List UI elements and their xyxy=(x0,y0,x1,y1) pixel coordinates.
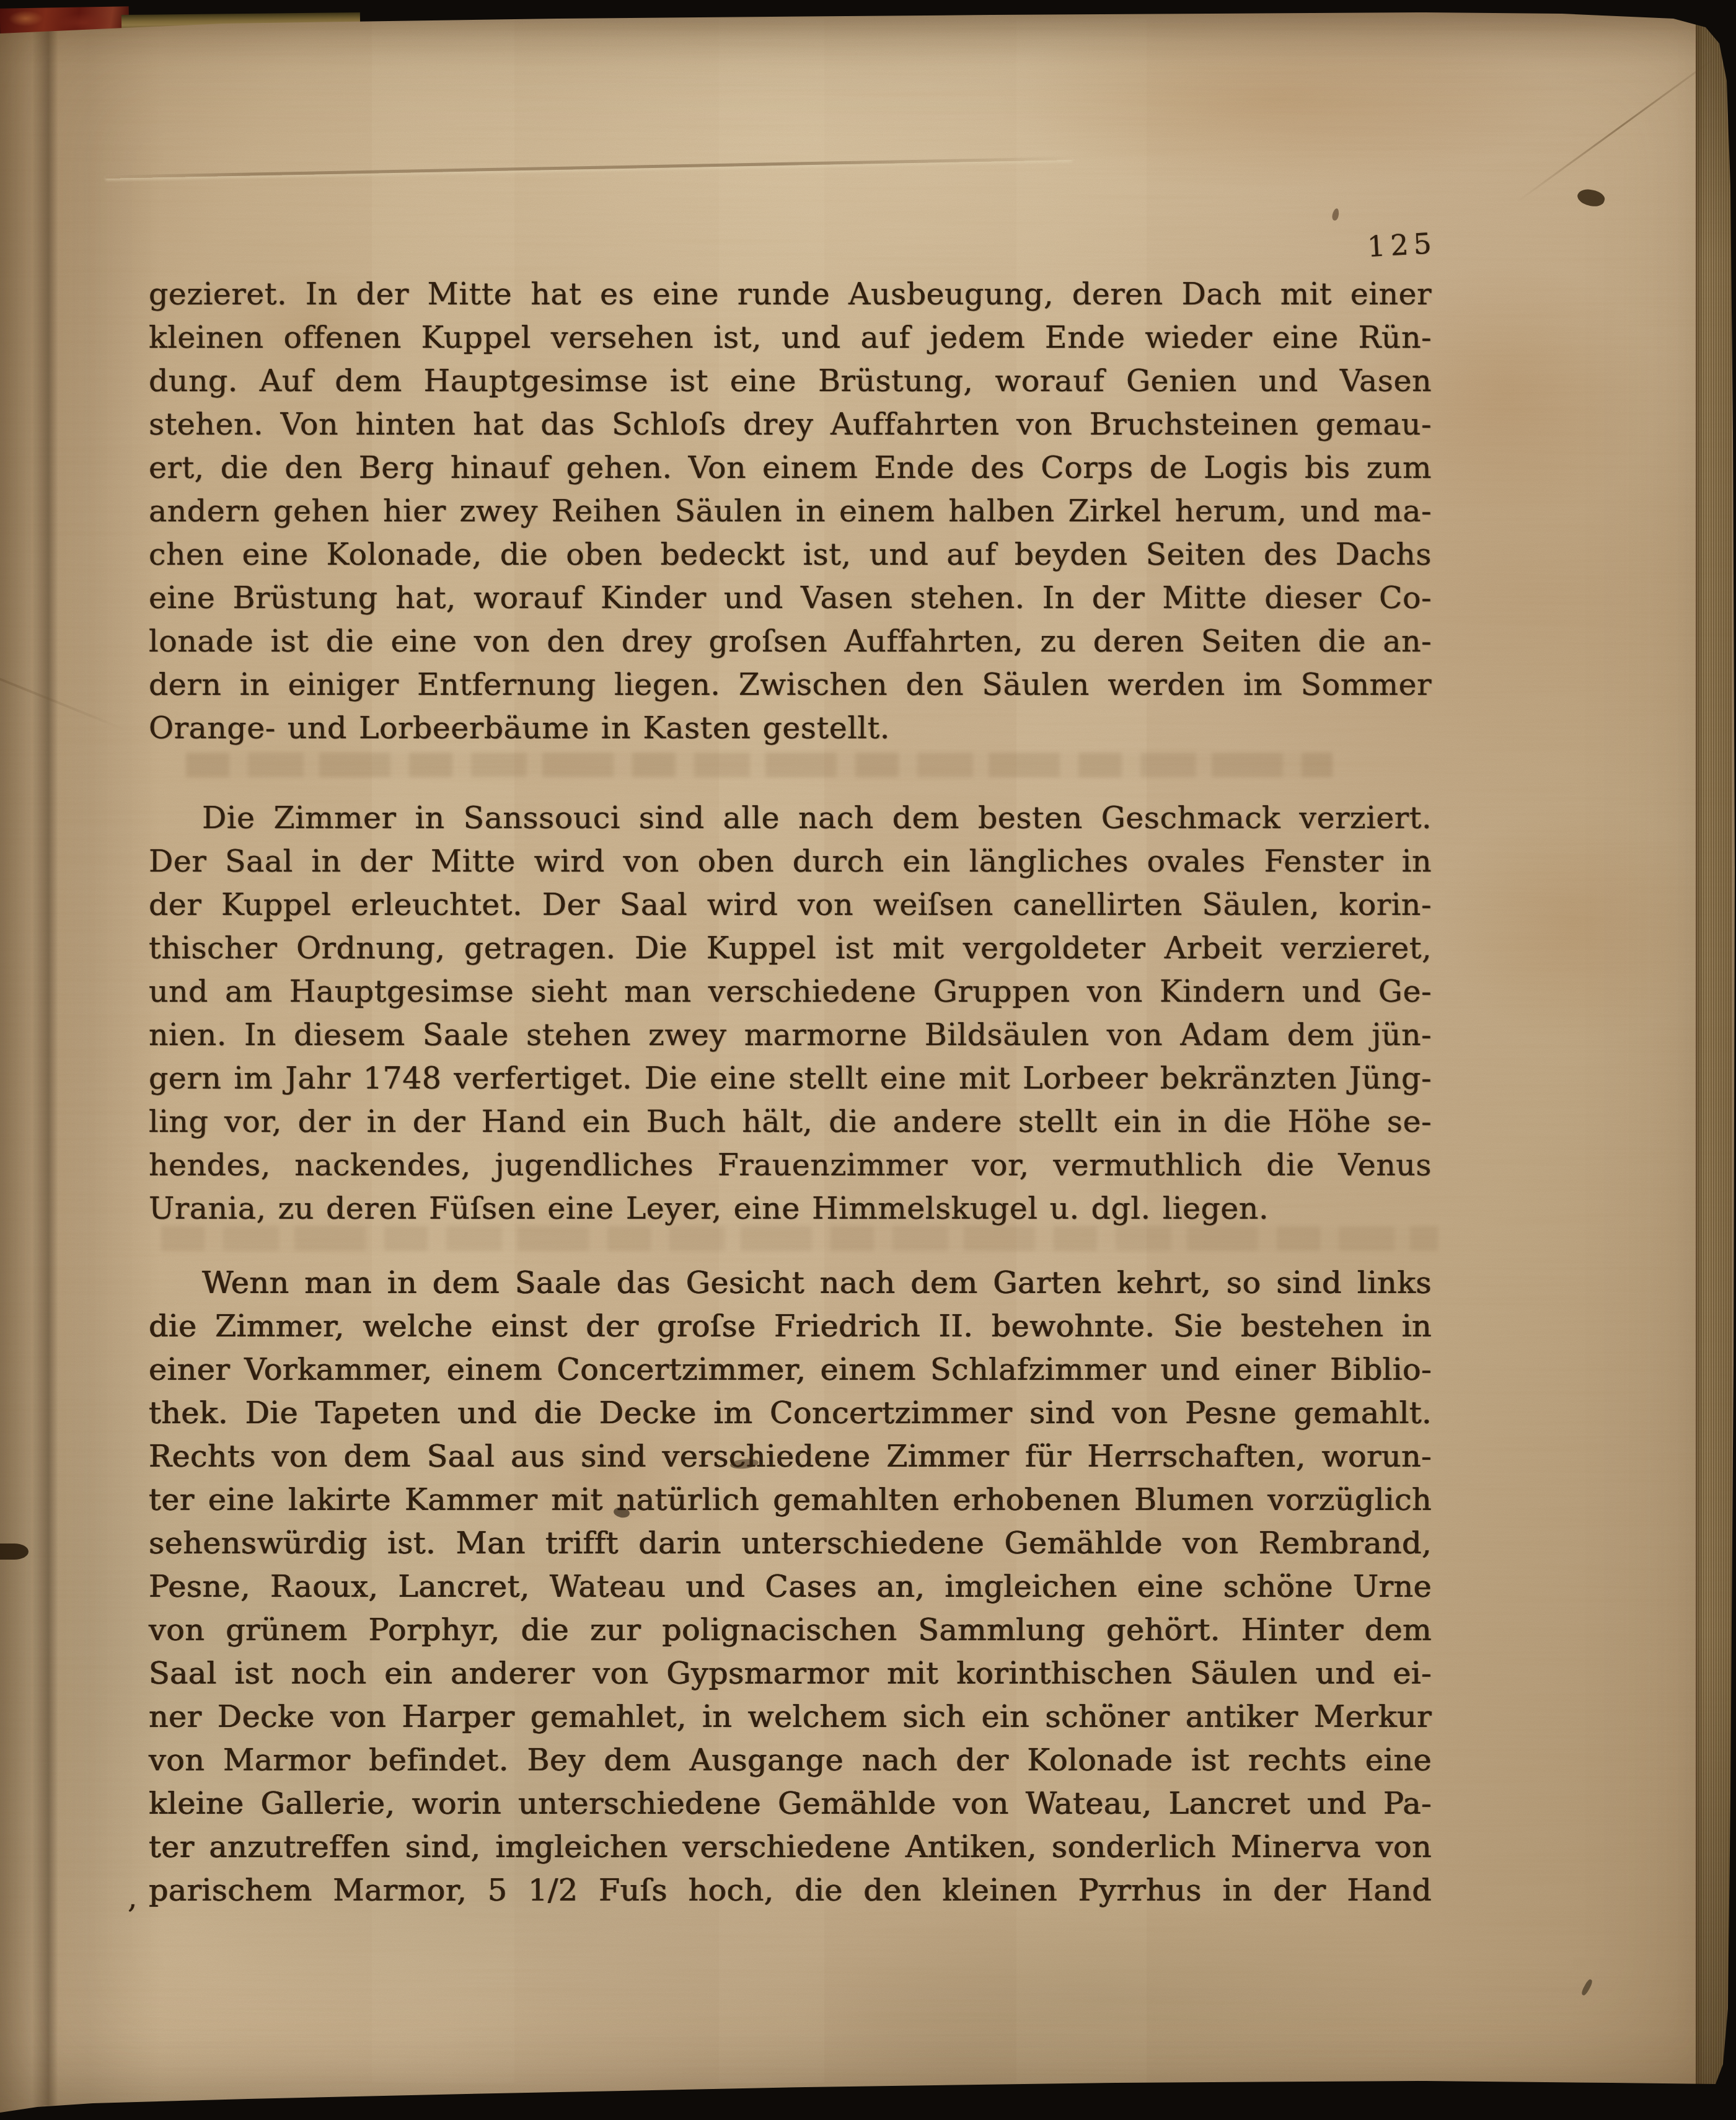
paper-crease xyxy=(105,157,1072,179)
text-line: thischer Ordnung, getragen. Die Kuppel i… xyxy=(149,927,1432,970)
fore-edge-page-stack xyxy=(1696,15,1732,2087)
text-line: die Zimmer, welche einst der groſse Frie… xyxy=(149,1305,1432,1348)
text-line: einer Vorkammer, einem Concertzimmer, ei… xyxy=(149,1348,1432,1392)
text-line: ner Decke von Harper gemahlet, in welche… xyxy=(149,1695,1432,1739)
text-line: eine Brüstung hat, worauf Kinder und Vas… xyxy=(149,576,1432,620)
ink-speck xyxy=(1580,1979,1593,1997)
text-line: gezieret. In der Mitte hat es eine runde… xyxy=(149,273,1432,316)
text-line: ter anzutreffen sind, imgleichen verschi… xyxy=(149,1826,1432,1869)
text-line: von grünem Porphyr, die zur polignacisch… xyxy=(149,1609,1432,1652)
ink-speck xyxy=(1575,186,1606,210)
paper-stain xyxy=(793,1897,1425,2101)
text-line: gern im Jahr 1748 verfertiget. Die eine … xyxy=(149,1057,1432,1100)
text-line: Orange- und Lorbeerbäume in Kasten geste… xyxy=(149,707,1432,750)
text-line: ling vor, der in der Hand ein Buch hält,… xyxy=(149,1100,1432,1144)
text-line: stehen. Von hinten hat das Schloſs drey … xyxy=(149,403,1432,446)
text-line: nien. In diesem Saale stehen zwey marmor… xyxy=(149,1014,1432,1057)
paragraph: gezieret. In der Mitte hat es eine runde… xyxy=(149,273,1432,750)
text-line: sehenswürdig ist. Man trifft darin unter… xyxy=(149,1522,1432,1565)
ink-speck xyxy=(1331,208,1340,221)
text-line: Wenn man in dem Saale das Gesicht nach d… xyxy=(149,1261,1432,1305)
margin-comma-mark: , xyxy=(128,1879,138,1915)
text-line: von Marmor befindet. Bey dem Ausgange na… xyxy=(149,1739,1432,1782)
paper-crease xyxy=(0,673,125,731)
text-line: ert, die den Berg hinauf gehen. Von eine… xyxy=(149,446,1432,490)
text-line: dung. Auf dem Hauptgesimse ist eine Brüs… xyxy=(149,360,1432,403)
ink-speck xyxy=(0,1544,29,1560)
paragraph: Wenn man in dem Saale das Gesicht nach d… xyxy=(149,1261,1432,1912)
paragraph: Die Zimmer in Sanssouci sind alle nach d… xyxy=(149,797,1432,1230)
paper-crease xyxy=(1517,48,1729,202)
text-block: gezieret. In der Mitte hat es eine runde… xyxy=(149,273,1432,1912)
paper-stain xyxy=(1438,800,1711,1048)
text-line: kleine Gallerie, worin unterschiedene Ge… xyxy=(149,1782,1432,1826)
bottom-edge-highlight xyxy=(43,2087,1667,2113)
binding-gutter-crease xyxy=(0,22,161,2115)
text-line: Urania, zu deren Füſsen eine Leyer, eine… xyxy=(149,1187,1432,1230)
text-line: Pesne, Raoux, Lancret, Wateau und Cases … xyxy=(149,1565,1432,1609)
text-line: Der Saal in der Mitte wird von oben durc… xyxy=(149,840,1432,883)
text-line: kleinen offenen Kuppel versehen ist, und… xyxy=(149,316,1432,360)
text-line: lonade ist die eine von den drey groſsen… xyxy=(149,620,1432,663)
text-line: parischem Marmor, 5 1/2 Fuſs hoch, die d… xyxy=(149,1869,1432,1912)
text-line: dern in einiger Entfernung liegen. Zwisc… xyxy=(149,663,1432,707)
text-line: und am Hauptgesimse sieht man verschiede… xyxy=(149,970,1432,1014)
text-line: Die Zimmer in Sanssouci sind alle nach d… xyxy=(149,797,1432,840)
text-line: Saal ist noch ein anderer von Gypsmarmor… xyxy=(149,1652,1432,1695)
text-line: chen eine Kolonade, die oben bedeckt ist… xyxy=(149,533,1432,576)
book-scan: 125 gezieret. In der Mitte hat es eine r… xyxy=(0,0,1736,2120)
text-line: andern gehen hier zwey Reihen Säulen in … xyxy=(149,490,1432,533)
text-line: der Kuppel erleuchtet. Der Saal wird von… xyxy=(149,883,1432,927)
paper-stain xyxy=(992,6,1562,192)
book-page: 125 gezieret. In der Mitte hat es eine r… xyxy=(0,0,1736,2120)
text-line: hendes, nackendes, jugendliches Frauenzi… xyxy=(149,1144,1432,1187)
text-line: thek. Die Tapeten und die Decke im Conce… xyxy=(149,1392,1432,1435)
page-number: 125 xyxy=(1367,226,1437,263)
text-line: ter eine lakirte Kammer mit natürlich ge… xyxy=(149,1478,1432,1522)
text-line: Rechts von dem Saal aus sind verschieden… xyxy=(149,1435,1432,1478)
